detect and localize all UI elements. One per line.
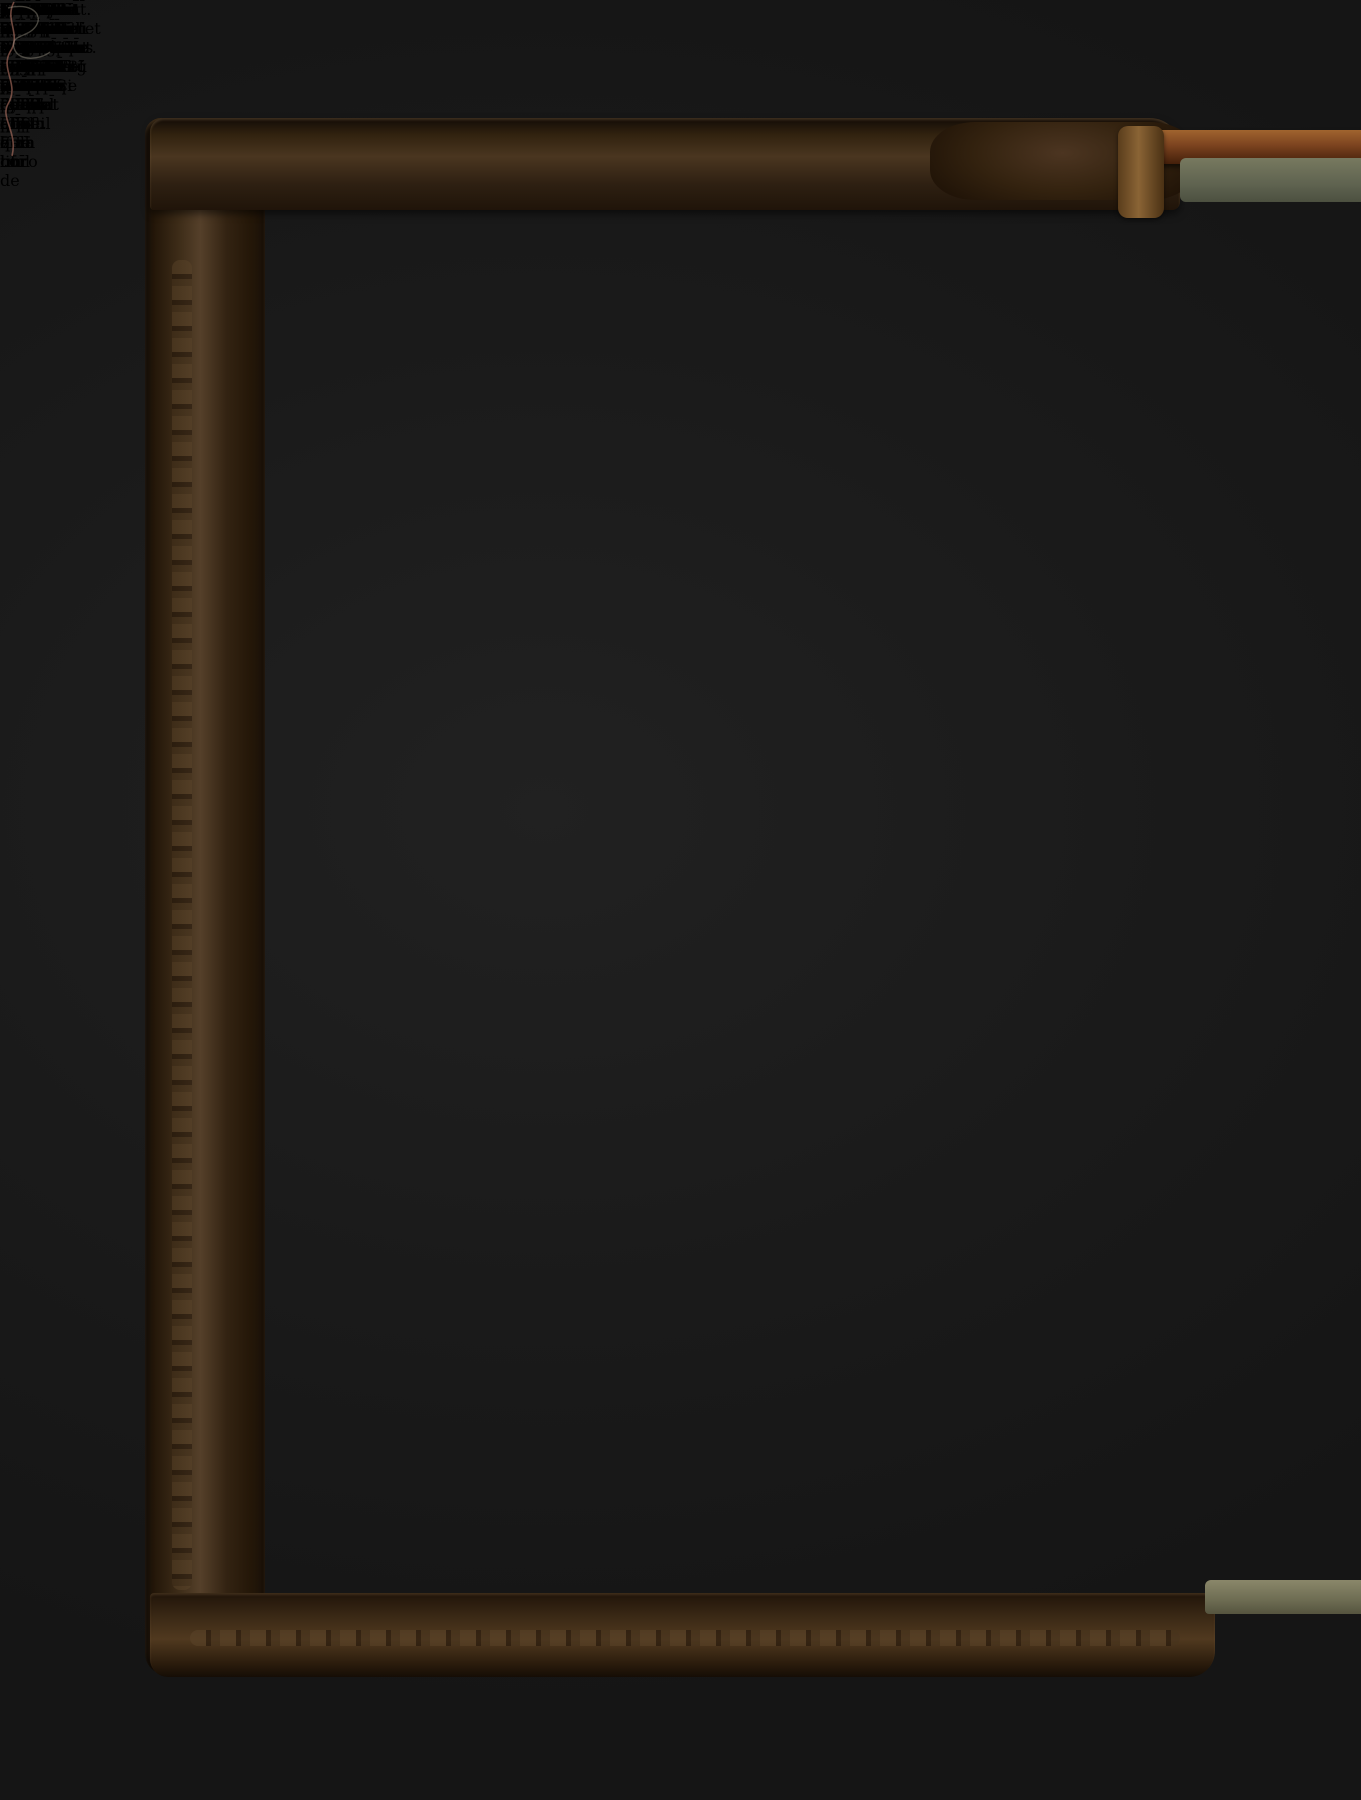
faint-pencil-mark [0, 0, 58, 70]
support-cloth-top [1180, 158, 1361, 202]
leather-strap-knot [1118, 126, 1164, 218]
cover-tooling-pattern [172, 260, 192, 1590]
cover-tooling-band [190, 1630, 1180, 1646]
book-weight-rod-bottom [1198, 1606, 1361, 1642]
photograph-of-open-manuscript: uidō hōipius. 7ſidus Wſeu uidēuitā hcorp… [0, 0, 1361, 1800]
leather-cover-left-edge [145, 118, 265, 1675]
